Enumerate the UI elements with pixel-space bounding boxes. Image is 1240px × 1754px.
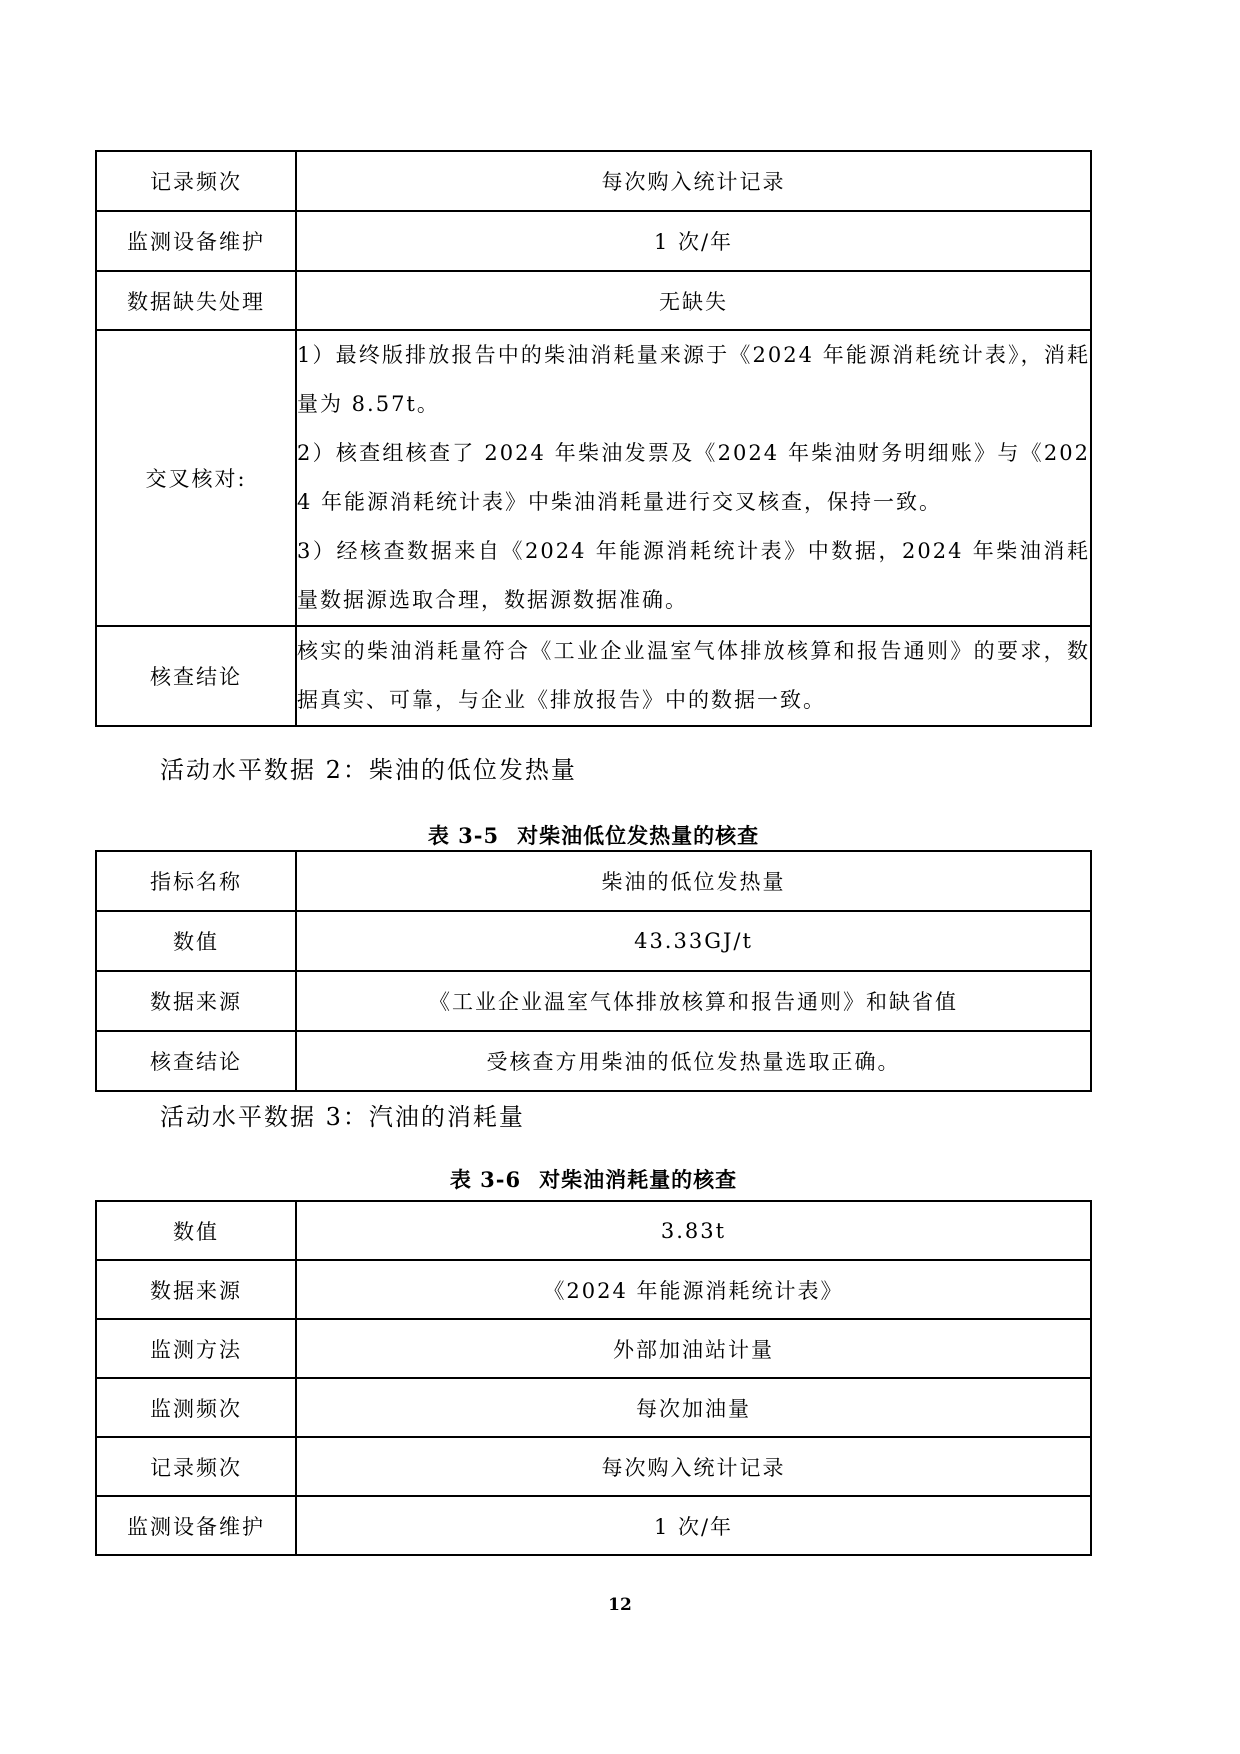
row-value: 《2024 年能源消耗统计表》 <box>296 1260 1091 1319</box>
section-heading-activity-data-3: 活动水平数据 3：汽油的消耗量 <box>160 1097 525 1132</box>
table-row-conclusion: 核查结论 核实的柴油消耗量符合《工业企业温室气体排放核算和报告通则》的要求，数据… <box>96 626 1091 726</box>
section-heading-activity-data-2: 活动水平数据 2：柴油的低位发热量 <box>160 750 577 785</box>
row-label: 监测方法 <box>96 1319 296 1378</box>
cross-check-item: 1）最终版排放报告中的柴油消耗量来源于《2024 年能源消耗统计表》，消耗量为 … <box>297 331 1090 429</box>
row-value: 1 次/年 <box>296 1496 1091 1555</box>
row-value: 每次加油量 <box>296 1378 1091 1437</box>
verification-table: 指标名称 柴油的低位发热量 数值 43.33GJ/t 数据来源 《工业企业温室气… <box>95 850 1092 1092</box>
cross-check-item: 3）经核查数据来自《2024 年能源消耗统计表》中数据，2024 年柴油消耗量数… <box>297 527 1090 625</box>
page-number: 12 <box>0 1595 1240 1615</box>
table-3-5: 指标名称 柴油的低位发热量 数值 43.33GJ/t 数据来源 《工业企业温室气… <box>95 850 1092 1092</box>
verification-table: 记录频次 每次购入统计记录 监测设备维护 1 次/年 数据缺失处理 无缺失 交叉… <box>95 150 1092 727</box>
row-value: 1 次/年 <box>296 211 1091 271</box>
table-caption-label: 表 3-5 <box>428 823 499 848</box>
table-3-5-caption: 表 3-5对柴油低位发热量的核查 <box>95 820 1092 850</box>
row-value: 受核查方用柴油的低位发热量选取正确。 <box>296 1031 1091 1091</box>
row-value: 无缺失 <box>296 271 1091 330</box>
table-caption-label: 表 3-6 <box>450 1167 521 1192</box>
row-label: 数据来源 <box>96 971 296 1031</box>
table-3-6: 数值 3.83t 数据来源 《2024 年能源消耗统计表》 监测方法 外部加油站… <box>95 1200 1092 1556</box>
row-value: 外部加油站计量 <box>296 1319 1091 1378</box>
row-label: 核查结论 <box>96 1031 296 1091</box>
table-caption-title: 对柴油消耗量的核查 <box>539 1167 737 1192</box>
row-value: 《工业企业温室气体排放核算和报告通则》和缺省值 <box>296 971 1091 1031</box>
row-value: 3.83t <box>296 1201 1091 1260</box>
row-value: 柴油的低位发热量 <box>296 851 1091 911</box>
diesel-consumption-table-continued: 记录频次 每次购入统计记录 监测设备维护 1 次/年 数据缺失处理 无缺失 交叉… <box>95 150 1092 727</box>
row-label: 指标名称 <box>96 851 296 911</box>
table-row: 监测设备维护 1 次/年 <box>96 211 1091 271</box>
table-row: 记录频次 每次购入统计记录 <box>96 1437 1091 1496</box>
row-label: 数值 <box>96 911 296 971</box>
table-row: 数据缺失处理 无缺失 <box>96 271 1091 330</box>
document-page: 记录频次 每次购入统计记录 监测设备维护 1 次/年 数据缺失处理 无缺失 交叉… <box>0 0 1240 1754</box>
table-row: 监测频次 每次加油量 <box>96 1378 1091 1437</box>
verification-table: 数值 3.83t 数据来源 《2024 年能源消耗统计表》 监测方法 外部加油站… <box>95 1200 1092 1556</box>
table-row: 数值 3.83t <box>96 1201 1091 1260</box>
table-row: 指标名称 柴油的低位发热量 <box>96 851 1091 911</box>
row-label: 数值 <box>96 1201 296 1260</box>
row-label: 记录频次 <box>96 1437 296 1496</box>
row-label: 监测设备维护 <box>96 211 296 271</box>
table-row: 数值 43.33GJ/t <box>96 911 1091 971</box>
table-row: 数据来源 《工业企业温室气体排放核算和报告通则》和缺省值 <box>96 971 1091 1031</box>
cross-check-item: 2）核查组核查了 2024 年柴油发票及《2024 年柴油财务明细账》与《202… <box>297 429 1090 527</box>
cross-check-text: 1）最终版排放报告中的柴油消耗量来源于《2024 年能源消耗统计表》，消耗量为 … <box>296 330 1091 626</box>
table-row: 核查结论 受核查方用柴油的低位发热量选取正确。 <box>96 1031 1091 1091</box>
table-row: 监测方法 外部加油站计量 <box>96 1319 1091 1378</box>
row-label: 交叉核对: <box>96 330 296 626</box>
table-3-6-caption: 表 3-6对柴油消耗量的核查 <box>95 1164 1092 1194</box>
row-label: 监测频次 <box>96 1378 296 1437</box>
row-label: 数据来源 <box>96 1260 296 1319</box>
row-label: 核查结论 <box>96 626 296 726</box>
conclusion-text: 核实的柴油消耗量符合《工业企业温室气体排放核算和报告通则》的要求，数据真实、可靠… <box>296 626 1091 726</box>
row-value: 每次购入统计记录 <box>296 151 1091 211</box>
row-label: 数据缺失处理 <box>96 271 296 330</box>
table-row-cross-check: 交叉核对: 1）最终版排放报告中的柴油消耗量来源于《2024 年能源消耗统计表》… <box>96 330 1091 626</box>
row-label: 监测设备维护 <box>96 1496 296 1555</box>
table-row: 数据来源 《2024 年能源消耗统计表》 <box>96 1260 1091 1319</box>
row-value: 43.33GJ/t <box>296 911 1091 971</box>
table-caption-title: 对柴油低位发热量的核查 <box>517 823 759 848</box>
table-row: 记录频次 每次购入统计记录 <box>96 151 1091 211</box>
row-value: 每次购入统计记录 <box>296 1437 1091 1496</box>
table-row: 监测设备维护 1 次/年 <box>96 1496 1091 1555</box>
row-label: 记录频次 <box>96 151 296 211</box>
